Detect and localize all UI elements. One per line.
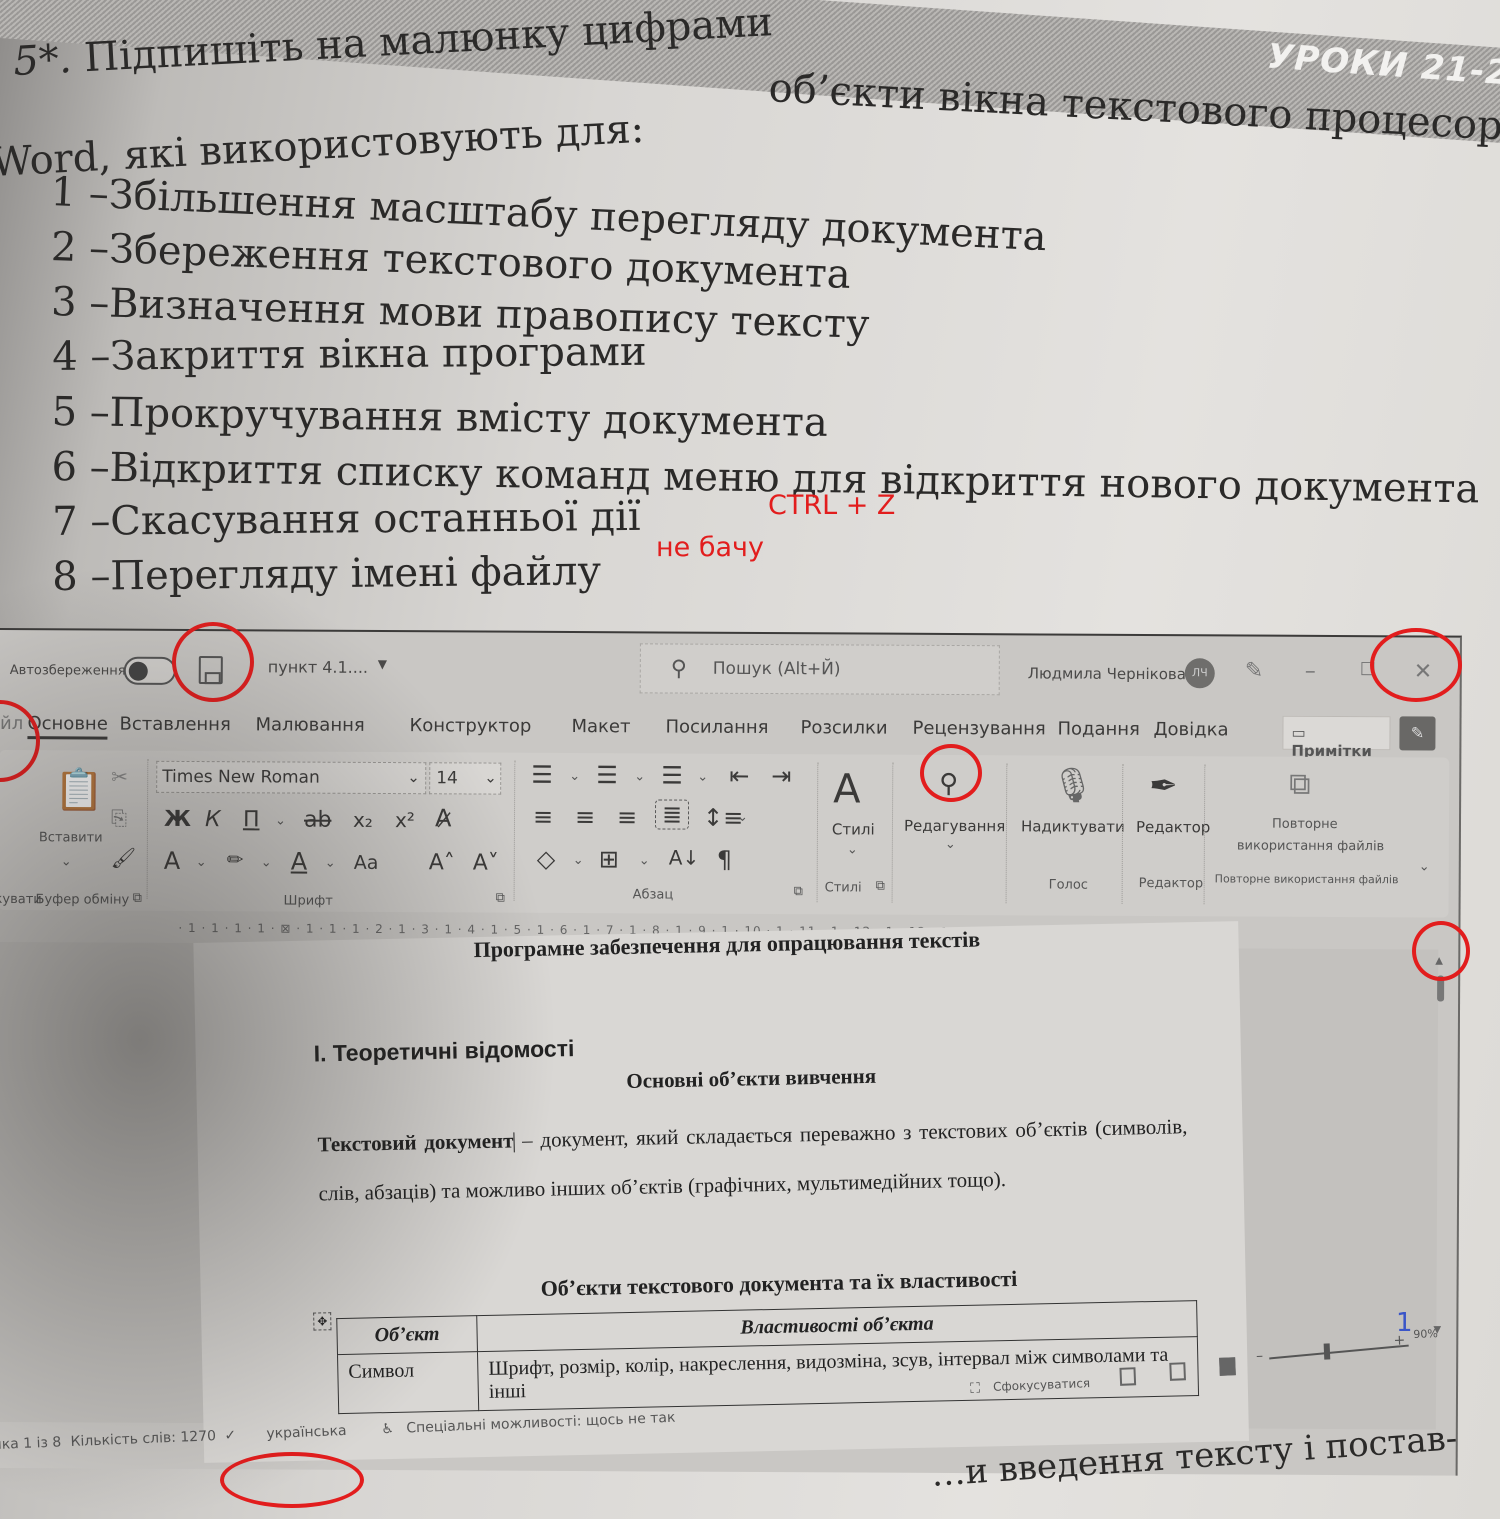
italic-button[interactable]: К [205, 807, 221, 832]
tab-review[interactable]: Рецензування [912, 718, 1045, 740]
tab-file[interactable]: Файл [0, 713, 23, 734]
chevron-down-icon[interactable]: ⌄ [569, 769, 580, 784]
font-color-icon[interactable]: A [291, 848, 308, 876]
increase-indent-icon[interactable]: ⇥ [771, 762, 791, 790]
accessibility-icon[interactable]: ♿ [381, 1421, 394, 1437]
font-name-dropdown[interactable]: Times New Roman ⌄ [156, 761, 426, 794]
styles-button[interactable]: Стилі [832, 820, 875, 838]
title-bar: Автозбереження пункт 4.1.... ▼ ⚲ Пошук (… [0, 630, 1460, 713]
dialog-launcher-icon[interactable]: ⧉ [794, 884, 803, 899]
tab-view[interactable]: Подання [1057, 719, 1139, 740]
editor-group-label: Редактор [1139, 876, 1204, 891]
dialog-launcher-icon[interactable]: ⧉ [133, 891, 142, 906]
cut-icon[interactable]: ✂ [111, 765, 128, 789]
format-painter-icon[interactable]: 🖌 [111, 846, 137, 870]
zoom-slider-thumb[interactable] [1324, 1343, 1331, 1359]
chevron-down-icon[interactable]: ⌄ [737, 810, 748, 825]
shading-icon[interactable]: ◇ [537, 845, 556, 873]
highlight-icon[interactable]: ✏ [227, 847, 244, 871]
editing-button[interactable]: Редагування [904, 817, 1005, 836]
tab-design[interactable]: Конструктор [409, 715, 531, 737]
exercise-title-left: Підпишіть на малюнку цифрами [83, 0, 774, 81]
paragraph-group-label: Абзац [633, 887, 674, 902]
exercise-number: 5*. [12, 36, 72, 85]
minimize-button[interactable]: – [1305, 659, 1316, 684]
paste-icon[interactable]: 📋 [54, 766, 104, 813]
task-list: 1 –Збільшення масштабу перегляду докумен… [52, 165, 1480, 605]
print-layout-icon[interactable] [1169, 1362, 1186, 1381]
heading-1: І. Теоретичні відомості [313, 1035, 574, 1067]
tab-home[interactable]: Основне [27, 713, 107, 739]
task-item: 4 –Закриття вікна програми [52, 318, 1480, 385]
maximize-button[interactable]: ☐ [1360, 659, 1376, 680]
editor-button[interactable]: Редактор [1136, 818, 1210, 836]
document-name[interactable]: пункт 4.1.... [268, 657, 368, 677]
vertical-scrollbar[interactable]: ▲ ▼ [1432, 956, 1446, 1336]
tab-help[interactable]: Довідка [1153, 719, 1228, 740]
search-icon[interactable]: ⚲ [939, 769, 958, 799]
editing-mode-button[interactable]: ✎ [1399, 716, 1435, 750]
chevron-down-icon[interactable]: ▼ [378, 657, 387, 671]
search-icon: ⚲ [671, 657, 687, 682]
shrink-font-button[interactable]: A˅ [473, 850, 499, 875]
copy-icon[interactable]: ⎘ [111, 806, 127, 830]
read-mode-icon[interactable] [1119, 1367, 1136, 1386]
superscript-button[interactable]: x² [395, 808, 415, 832]
reuse-files-button-line2[interactable]: використання файлів [1237, 838, 1384, 854]
voice-group-label: Голос [1049, 877, 1088, 892]
decrease-indent-icon[interactable]: ⇤ [729, 762, 749, 790]
definition-paragraph: Текстовий документ – документ, який скла… [317, 1102, 1189, 1218]
heading-2: Основні об’єкти вивчення [626, 1064, 876, 1094]
tab-draw[interactable]: Малювання [255, 714, 364, 736]
page-counter[interactable]: нка 1 із 8 [0, 1434, 62, 1453]
save-icon[interactable] [199, 656, 223, 684]
scrollbar-thumb[interactable] [1437, 976, 1444, 1002]
ribbon: 📋 Вставити ⌄ ✂ ⎘ 🖌 кувати Буфер обміну ⧉… [0, 750, 1449, 918]
focus-icon[interactable]: ⛶ [970, 1380, 980, 1396]
reuse-files-group-label: Повторне використання файлів [1215, 872, 1399, 886]
align-right-icon[interactable]: ≡ [617, 803, 637, 831]
collapse-ribbon-icon[interactable]: ⌄ [1419, 859, 1430, 874]
table-caption: Об’єкти текстового документа та їх власт… [540, 1266, 1017, 1302]
answer-task-7: CTRL + Z [768, 490, 895, 521]
grow-font-button[interactable]: A˄ [429, 850, 455, 875]
avatar[interactable]: ЛЧ [1185, 658, 1215, 688]
align-left-icon[interactable]: ≡ [533, 803, 553, 831]
chevron-down-icon[interactable]: ⌄ [639, 853, 650, 868]
editor-pen-icon[interactable]: ✒ [1149, 766, 1178, 806]
exercise-title-right: об’єкти вікна текстового процесора [768, 65, 1500, 151]
chevron-down-icon[interactable]: ⌄ [325, 856, 336, 871]
close-button[interactable]: ✕ [1414, 659, 1433, 684]
word-window: Автозбереження пункт 4.1.... ▼ ⚲ Пошук (… [0, 628, 1462, 1476]
reuse-files-button-line1[interactable]: Повторне [1272, 817, 1338, 832]
autosave-toggle[interactable] [124, 657, 176, 685]
dialog-launcher-icon[interactable]: ⧉ [496, 891, 505, 906]
tab-layout[interactable]: Макет [571, 716, 630, 737]
chevron-down-icon[interactable]: ⌄ [261, 855, 272, 870]
comments-button[interactable]: ▭ Примітки [1282, 716, 1390, 751]
autosave-label: Автозбереження [10, 663, 126, 679]
microphone-icon[interactable]: 🎙 [1051, 766, 1094, 806]
comment-icon: ▭ [1291, 724, 1305, 742]
tab-insert[interactable]: Вставлення [119, 714, 230, 736]
tab-references[interactable]: Посилання [665, 716, 768, 738]
justify-icon[interactable]: ≣ [655, 799, 689, 829]
paste-button[interactable]: Вставити [39, 830, 103, 845]
bold-button[interactable]: Ж [164, 807, 191, 832]
change-case-button[interactable]: Aa [354, 852, 379, 874]
subscript-button[interactable]: x₂ [353, 808, 373, 832]
font-group-label: Шрифт [284, 893, 333, 908]
align-center-icon[interactable]: ≡ [575, 803, 595, 831]
handwritten-number: 1 [1396, 1308, 1413, 1338]
chevron-down-icon: ⌄ [407, 768, 420, 786]
focus-button[interactable]: Сфокусуватися [993, 1376, 1091, 1394]
styles-group-label: Стилі [825, 880, 862, 895]
reuse-files-icon[interactable]: ⧉ [1289, 767, 1311, 802]
document-canvas: Програмне забезпечення для опрацювання т… [0, 942, 1438, 1430]
dictate-button[interactable]: Надиктувати [1021, 817, 1125, 836]
pen-icon[interactable]: ✎ [1245, 659, 1264, 684]
clipboard-group-label: Буфер обміну [36, 892, 130, 907]
accessibility-status[interactable]: Спеціальні можливості: щось не так [406, 1410, 676, 1437]
chevron-down-icon[interactable]: ⌄ [697, 770, 708, 785]
table-move-handle[interactable]: ✥ [313, 1312, 331, 1330]
numbering-icon[interactable]: ☰ [596, 761, 618, 789]
font-size-dropdown[interactable]: 14 ⌄ [429, 762, 501, 794]
sort-icon[interactable]: A↓ [669, 846, 700, 870]
scroll-up-icon[interactable]: ▲ [1435, 956, 1443, 967]
multilevel-list-icon[interactable]: ☰ [661, 761, 683, 789]
chevron-down-icon[interactable]: ⌄ [945, 837, 956, 852]
underline-button[interactable]: П [243, 807, 260, 832]
clear-formatting-icon[interactable]: A̷ [435, 804, 452, 832]
proofing-icon[interactable]: ✓ [224, 1427, 236, 1443]
chevron-down-icon[interactable]: ⌄ [573, 853, 584, 868]
chevron-down-icon[interactable]: ⌄ [275, 813, 286, 828]
answer-task-8: не бачу [656, 532, 764, 563]
show-formatting-button[interactable]: ¶ [717, 846, 732, 874]
exercise-title: 5*. Підпишіть на малюнку цифрами [12, 0, 774, 89]
exercise: 5*. Підпишіть на малюнку цифрами об’єкти… [0, 0, 1500, 600]
dialog-launcher-icon[interactable]: ⧉ [876, 879, 885, 894]
ribbon-tabs: Файл Основне Вставлення Малювання Констр… [0, 705, 1460, 758]
borders-icon[interactable]: ⊞ [599, 845, 619, 873]
word-count[interactable]: Кількість слів: 1270 [70, 1428, 216, 1450]
strikethrough-button[interactable]: ab [304, 808, 332, 833]
tab-mailings[interactable]: Розсилки [800, 717, 887, 738]
search-input[interactable]: ⚲ Пошук (Alt+Й) [640, 643, 1000, 695]
chevron-down-icon[interactable]: ⌄ [61, 854, 72, 869]
zoom-out-button[interactable]: – [1256, 1348, 1264, 1364]
chevron-down-icon[interactable]: ⌄ [634, 769, 645, 784]
text-effects-icon[interactable]: A [164, 847, 181, 875]
chevron-down-icon: ⌄ [484, 769, 497, 787]
chevron-down-icon[interactable]: ⌄ [196, 855, 207, 870]
web-layout-icon[interactable] [1219, 1357, 1236, 1376]
language-indicator[interactable]: українська [266, 1423, 347, 1442]
bullets-icon[interactable]: ☰ [531, 761, 553, 789]
styles-icon[interactable]: A [833, 766, 861, 812]
zoom-percent[interactable]: 90% [1413, 1327, 1438, 1341]
chevron-down-icon[interactable]: ⌄ [847, 842, 858, 857]
user-name[interactable]: Людмила Чернікова [1028, 664, 1186, 683]
